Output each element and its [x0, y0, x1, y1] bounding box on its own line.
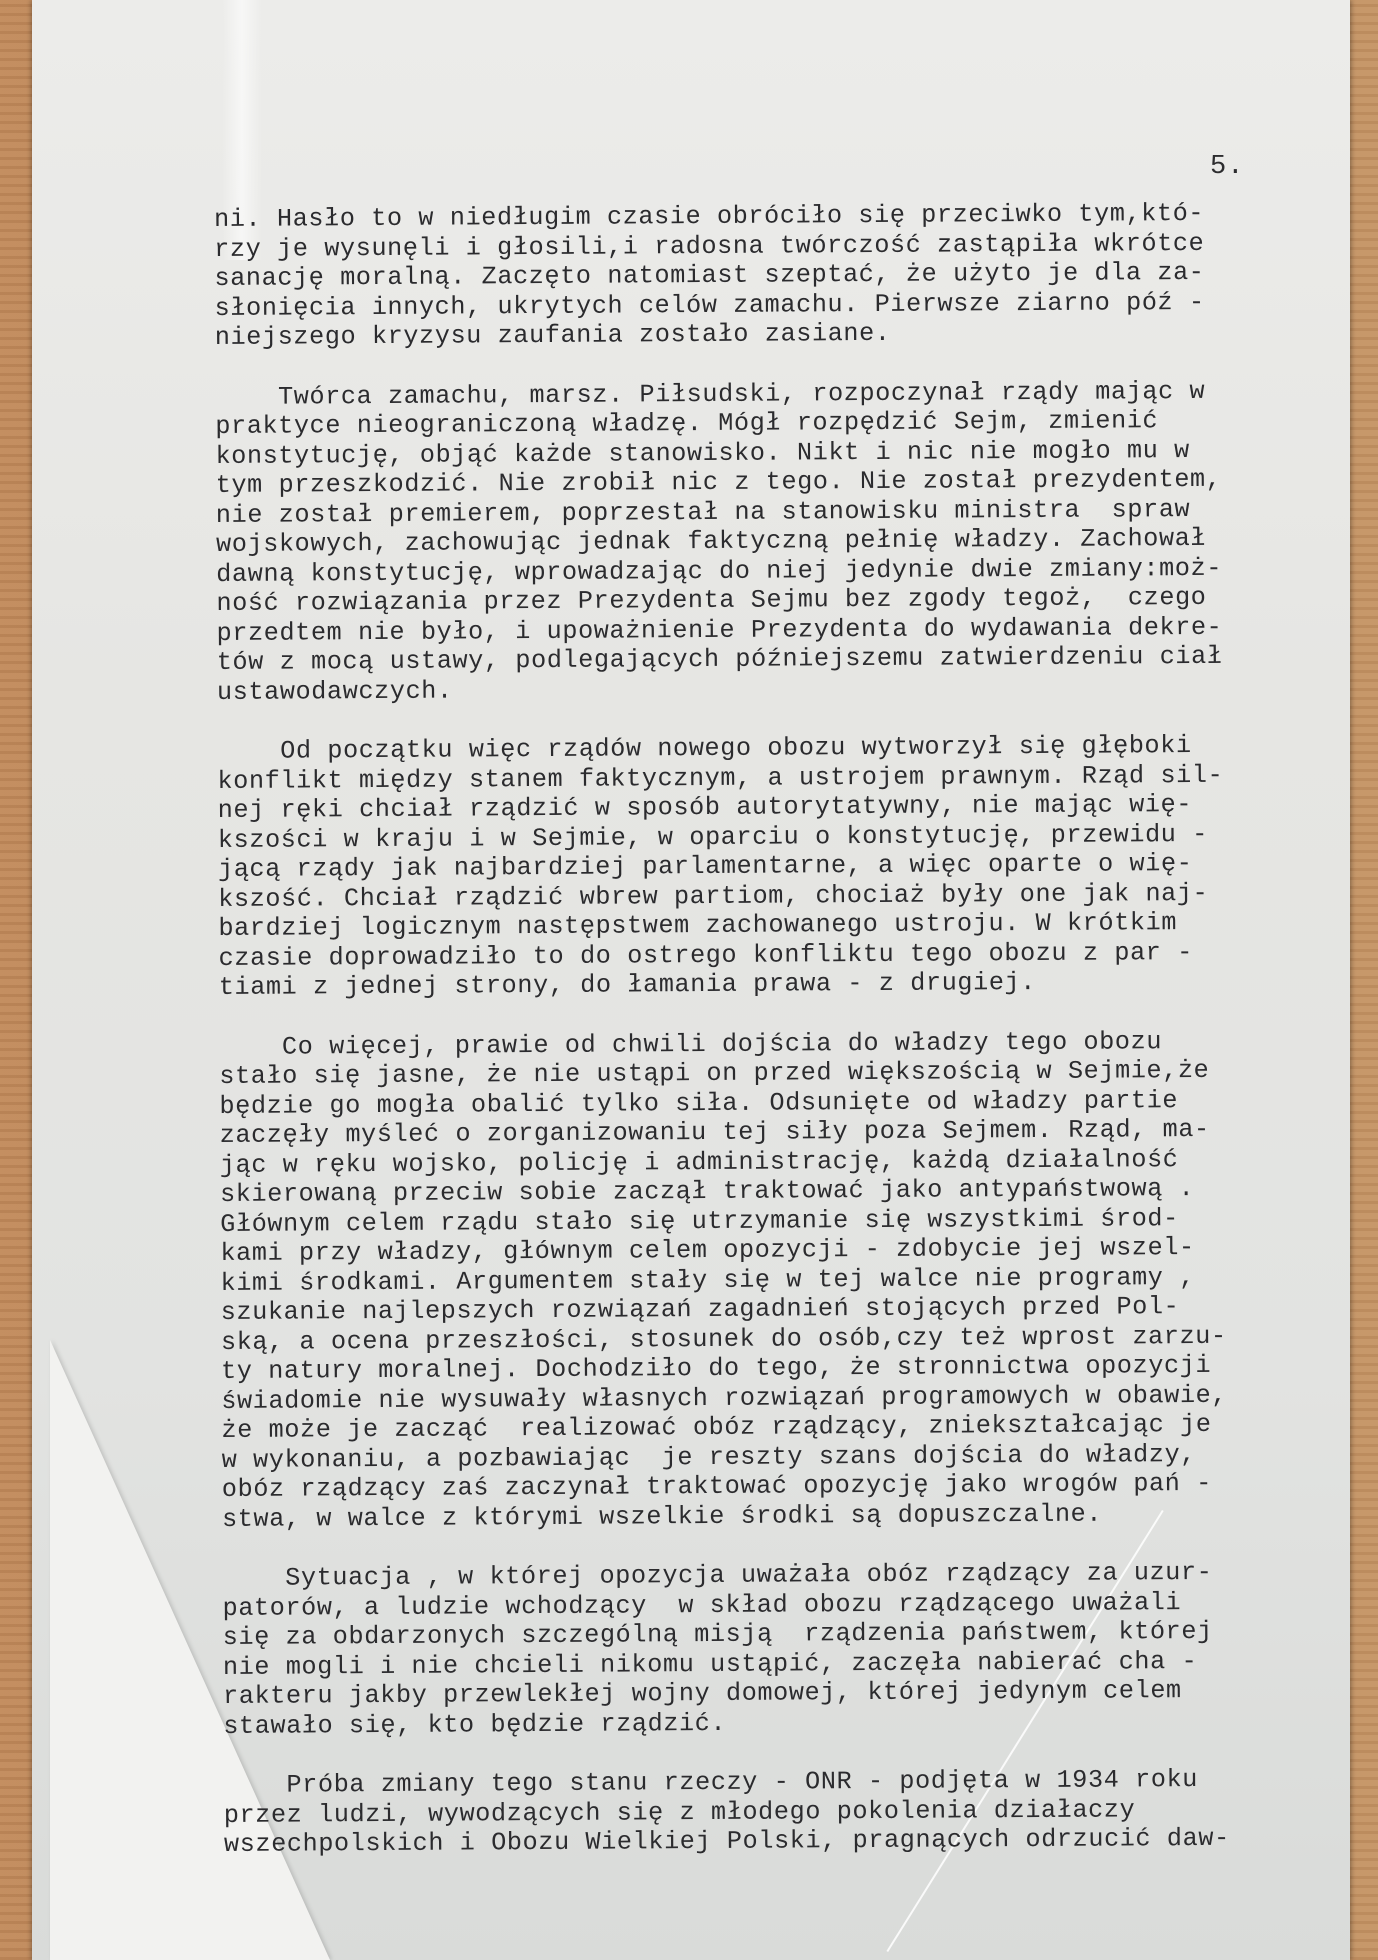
text-line: ustawodawczych. [217, 671, 1337, 707]
text-line: stawało się, kto będzie rządzić. [223, 1705, 1343, 1741]
paragraph-2: Twórca zamachu, marsz. Piłsudski, rozpoc… [215, 376, 1337, 707]
text-line: tiami z jednej strony, do łamania prawa … [219, 966, 1339, 1002]
text-line: niejszego kryzysu zaufania zostało zasia… [215, 316, 1335, 352]
paragraph-5: Sytuacja , w której opozycja uważała obó… [222, 1557, 1343, 1741]
paragraph-4: Co więcej, prawie od chwili dojścia do w… [219, 1026, 1342, 1534]
text-line: stwa, w walce z którymi wszelkie środki … [222, 1498, 1342, 1534]
page-number: 5. [1210, 152, 1244, 182]
body-text: ni. Hasło to w niedługim czasie obróciło… [214, 198, 1344, 1889]
typewritten-page: 5. ni. Hasło to w niedługim czasie obróc… [32, 0, 1350, 1960]
paragraph-6: Próba zmiany tego stanu rzeczy - ONR - p… [224, 1764, 1345, 1859]
paragraph-3: Od początku więc rządów nowego obozu wyt… [217, 730, 1339, 1002]
text-line: wszechpolskich i Obozu Wielkiej Polski, … [224, 1823, 1344, 1859]
paragraph-1: ni. Hasło to w niedługim czasie obróciło… [214, 198, 1335, 352]
